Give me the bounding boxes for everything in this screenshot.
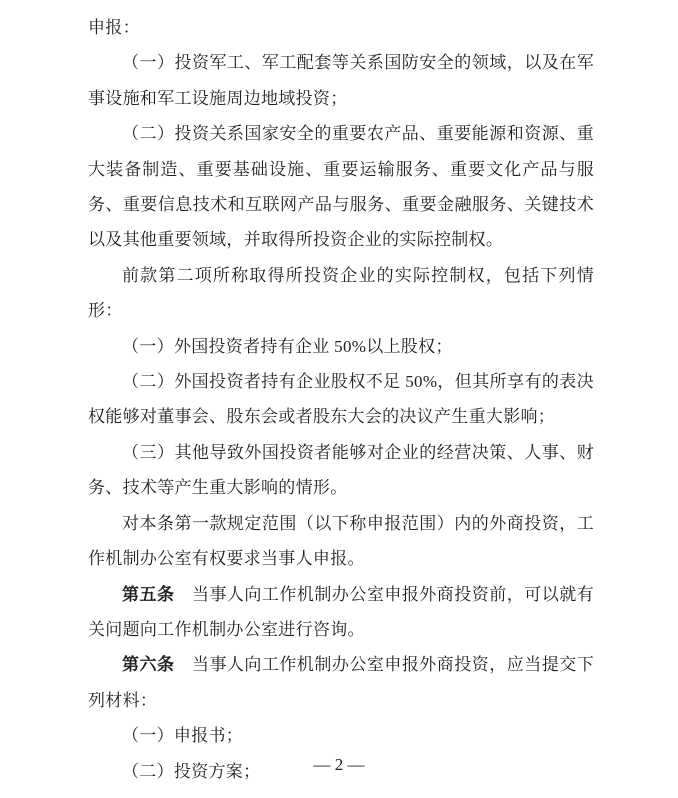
- paragraph: （二）外国投资者持有企业股权不足 50%，但其所享有的表决权能够对董事会、股东会…: [88, 364, 594, 435]
- paragraph: 对本条第一款规定范围（以下称申报范围）内的外商投资，工作机制办公室有权要求当事人…: [88, 506, 594, 577]
- document-page: 申报： （一）投资军工、军工配套等关系国防安全的领域，以及在军事设施和军工设施周…: [0, 0, 678, 798]
- paragraph-text: （一）申报书；: [122, 726, 243, 745]
- document-body: 申报： （一）投资军工、军工配套等关系国防安全的领域，以及在军事设施和军工设施周…: [88, 10, 594, 789]
- paragraph-text: （二）投资关系国家安全的重要农产品、重要能源和资源、重大装备制造、重要基础设施、…: [88, 124, 594, 249]
- paragraph: 前款第二项所称取得所投资企业的实际控制权，包括下列情形：: [88, 258, 594, 329]
- paragraph-text: （三）其他导致外国投资者能够对企业的经营决策、人事、财务、技术等产生重大影响的情…: [88, 443, 594, 497]
- paragraph-text: 对本条第一款规定范围（以下称申报范围）内的外商投资，工作机制办公室有权要求当事人…: [88, 514, 594, 568]
- paragraph-text: 申报：: [88, 18, 140, 37]
- article-heading: 第五条: [122, 585, 174, 604]
- paragraph: （三）其他导致外国投资者能够对企业的经营决策、人事、财务、技术等产生重大影响的情…: [88, 435, 594, 506]
- paragraph: （二）投资关系国家安全的重要农产品、重要能源和资源、重大装备制造、重要基础设施、…: [88, 116, 594, 258]
- paragraph-text: 前款第二项所称取得所投资企业的实际控制权，包括下列情形：: [88, 266, 594, 320]
- paragraph: （一）投资军工、军工配套等关系国防安全的领域，以及在军事设施和军工设施周边地域投…: [88, 45, 594, 116]
- paragraph-article-5: 第五条 当事人向工作机制办公室申报外商投资前，可以就有关问题向工作机制办公室进行…: [88, 577, 594, 648]
- paragraph-text: （一）投资军工、军工配套等关系国防安全的领域，以及在军事设施和军工设施周边地域投…: [88, 53, 594, 107]
- paragraph-article-6: 第六条 当事人向工作机制办公室申报外商投资，应当提交下列材料：: [88, 647, 594, 718]
- article-heading: 第六条: [122, 655, 174, 674]
- paragraph: 申报：: [88, 10, 594, 45]
- paragraph-text: （二）外国投资者持有企业股权不足 50%，但其所享有的表决权能够对董事会、股东会…: [88, 372, 594, 426]
- page-number: — 2 —: [0, 753, 678, 777]
- paragraph-text: （一）外国投资者持有企业 50%以上股权；: [122, 337, 453, 356]
- paragraph: （一）外国投资者持有企业 50%以上股权；: [88, 329, 594, 364]
- paragraph: （一）申报书；: [88, 718, 594, 753]
